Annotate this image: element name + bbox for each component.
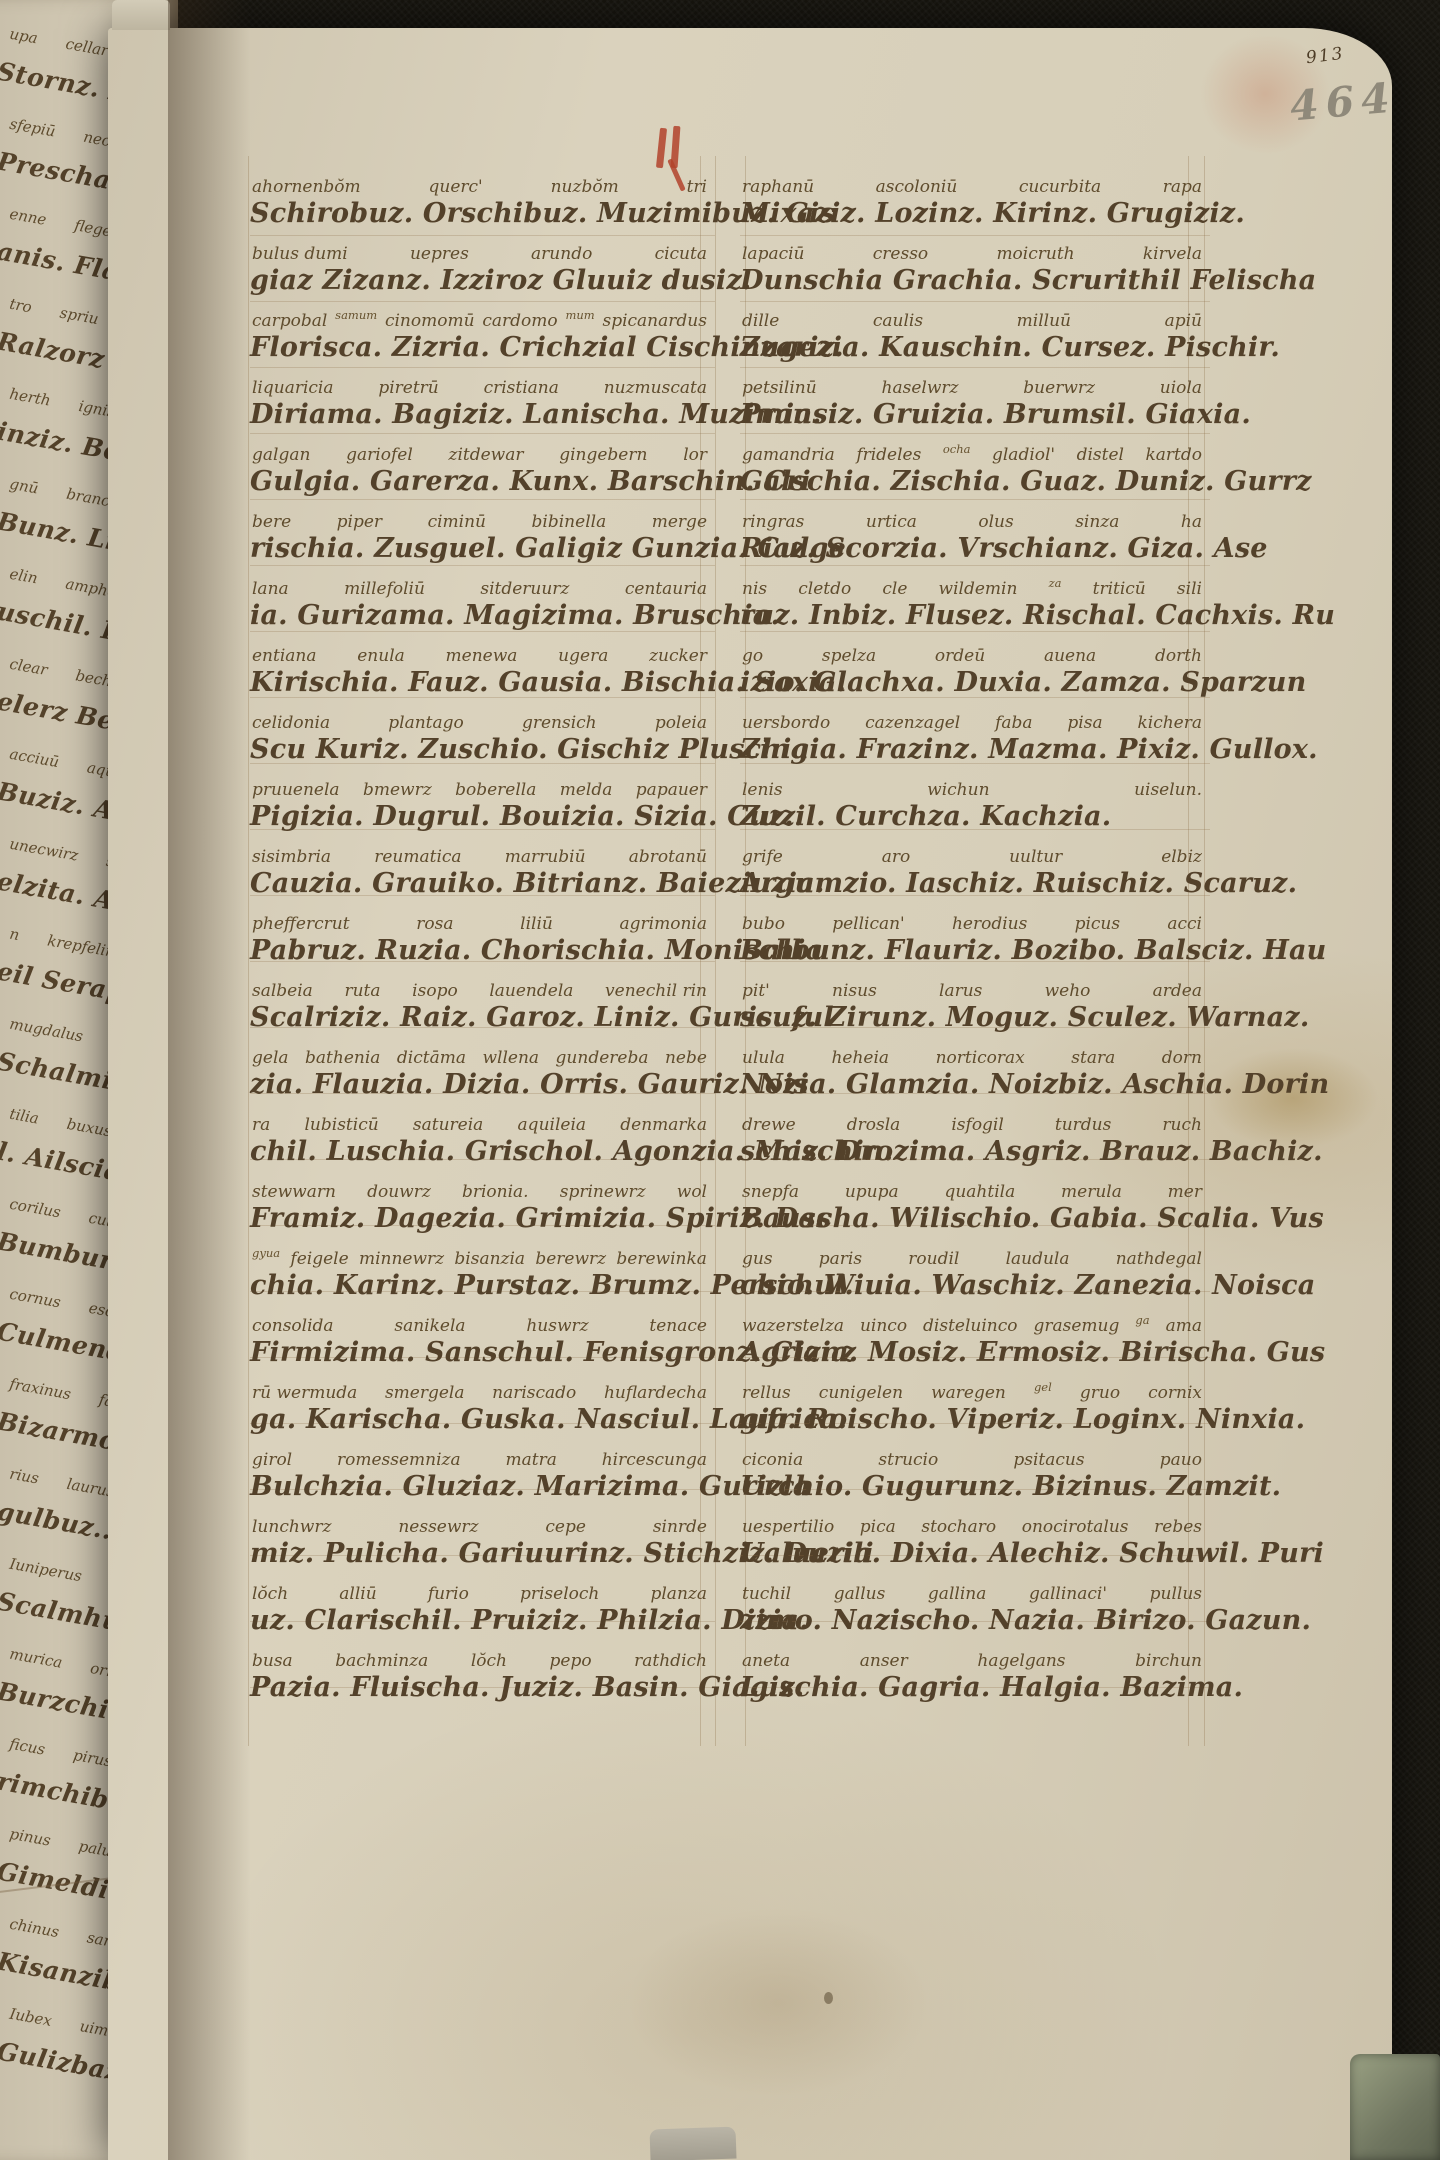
text-line: lapaciūcressomoicruthkirvela (740, 237, 1210, 265)
text-line: bubopellican'herodiuspicusacci (740, 907, 1210, 935)
text-line: ululaheheianorticoraxstaradorn (740, 1041, 1210, 1069)
text-line: ruz. Inbiz. Flusez. Rischal. Cachxis. Ru (740, 600, 1210, 639)
vellum-tab-bottom (649, 2127, 736, 2160)
text-line: lŏchalliūfuriopriselochplanza (250, 1577, 715, 1605)
text-line: Scu Kuriz. Zuschio. Gischiz Pluschia (250, 734, 715, 773)
text-line: drewedroslaisfogilturdusruch (740, 1108, 1210, 1136)
text-line: gospelzaordeūauenadorth (740, 639, 1210, 667)
text-line: Zuzil. Curchza. Kachzia. (740, 801, 1210, 840)
text-line: Scalriziz. Raiz. Garoz. Liniz. Guris. fu… (250, 1002, 715, 1041)
text-line: ga. Karischa. Guska. Nasciul. Laufrica. (250, 1404, 715, 1443)
text-line: giaz Zizanz. Izziroz Gluuiz dusiz. (250, 265, 715, 304)
text-line: gyuafeigeleminnewrzbisanziaberewrzberewi… (250, 1242, 715, 1270)
text-line: Pransiz. Gruizia. Brumsil. Giaxia. (740, 399, 1210, 438)
text-line: chia. Karinz. Purstaz. Brumz. Perschul. (250, 1270, 715, 1309)
manuscript-page: 913 464 ahornenbŏmquerc'nuzbŏmtriSchir… (108, 28, 1392, 2160)
text-line: izio. Glachxa. Duxia. Zamza. Sparzun (740, 667, 1210, 706)
text-line: chio. Wiuia. Waschiz. Zanezia. Noisca (740, 1270, 1210, 1309)
text-line: pruuenelabmewrzboberellameldapapauer (250, 773, 715, 801)
text-line: ciconiastruciopsitacuspauo (740, 1443, 1210, 1471)
text-line: zia. Flauzia. Dizia. Orris. Gauriz. Nis (250, 1069, 715, 1108)
text-line: gamandriafridelesochagladiol'distelkartd… (740, 438, 1210, 466)
text-line: miz. Pulicha. Gariuurinz. Stichziz. Duzi… (250, 1538, 715, 1577)
text-line: celidoniaplantagogrensichpoleia (250, 706, 715, 734)
text-line: berepiperciminūbibinellamerge (250, 505, 715, 533)
text-line: galgangariofelzitdewargingebernlor (250, 438, 715, 466)
text-line: Zugezia. Kauschin. Cursez. Pischir. (740, 332, 1210, 371)
text-line: bulus dumiuepresarundocicuta (250, 237, 715, 265)
text-line: uespertiliopicastocharoonocirotalusrebes (740, 1510, 1210, 1538)
text-line: Pazia. Fluischa. Juziz. Basin. Giagiz. (250, 1672, 715, 1711)
text-line: Ualueria. Dixia. Alechiz. Schuwil. Puri (740, 1538, 1210, 1577)
text-line: rū wermudasmergelanariscadohuflardecha (250, 1376, 715, 1404)
text-line: lunchwrznessewrzcepesinrde (250, 1510, 715, 1538)
text-line: ia. Gurizama. Magizima. Bruschia. (250, 600, 715, 639)
text-line: zimo. Nazischo. Nazia. Birizo. Gazun. (740, 1605, 1210, 1644)
text-line: Schirobuz. Orschibuz. Muzimibuz. Gis (250, 198, 715, 237)
text-line: pit'nisuslaruswehoardea (740, 974, 1210, 1002)
text-line: wazerstelzauincodisteluincograsemuggaama (740, 1309, 1210, 1337)
folio-number-pencil: 464 (1288, 73, 1398, 130)
text-line: raphanūascoloniūcucurbitarapa (740, 170, 1210, 198)
text-line: Dunschia Grachia. Scrurithil Felischa (740, 265, 1210, 304)
text-line: relluscunigelenwaregengelgruocornix (740, 1376, 1210, 1404)
text-line: ringrasurticaolussinzaha (740, 505, 1210, 533)
text-line: niscletdoclewildeminzatriticūsili (740, 572, 1210, 600)
vellum-tab-top (112, 0, 170, 30)
library-foliation-ink: 913 (1305, 44, 1346, 69)
text-line: Cauzia. Grauiko. Bitrianz. Baieziuzia. (250, 868, 715, 907)
text-line: Nozia. Glamzia. Noizbiz. Aschia. Dorin (740, 1069, 1210, 1108)
text-line: rischia. Zusguel. Galigiz Gunzia. Culge (250, 533, 715, 572)
text-line: carpobalsamumcinomomūcardomomumspicanar… (250, 304, 715, 332)
text-line: Gulgia. Garerza. Kunx. Barschin. Cri (250, 466, 715, 505)
text-line: Pigizia. Dugrul. Bouizia. Sizia. Cuz.. (250, 801, 715, 840)
text-line: lanamillefoliūsitderuurzcentauria (250, 572, 715, 600)
text-line: leniswichunuiselun. (740, 773, 1210, 801)
text-line: Agrizia. Mosiz. Ermosiz. Birischa. Gus (740, 1337, 1210, 1376)
text-line: Zingia. Frazinz. Mazma. Pixiz. Gullox. (740, 734, 1210, 773)
ink-dot (824, 1992, 833, 2004)
text-line: busabachminzalŏchpeporathdich (250, 1644, 715, 1672)
text-line: grifearouulturelbiz (740, 840, 1210, 868)
text-line: gusparisroudillaudulanathdegal (740, 1242, 1210, 1270)
text-line: liquariciapiretrūcristiananuzmuscata (250, 371, 715, 399)
text-line: Firmizima. Sanschul. Fenisgronz. Clanz (250, 1337, 715, 1376)
text-column-left: ahornenbŏmquerc'nuzbŏmtriSchirobuz. Or… (250, 170, 715, 1711)
text-line: petsilinūhaselwrzbuerwrzuiola (740, 371, 1210, 399)
text-line: ralubisticūsatureiaaquileiadenmarka (250, 1108, 715, 1136)
text-line: Mixaziz. Lozinz. Kirinz. Grugiziz. (740, 198, 1210, 237)
text-line: salbeiarutaisopolauendelavenechil rin (250, 974, 715, 1002)
text-line: anetaanserhagelgansbirchun (740, 1644, 1210, 1672)
text-line: Pabruz. Ruzia. Chorischia. Monischia (250, 935, 715, 974)
text-line: girolromessemnizamatrahircescunga (250, 1443, 715, 1471)
text-line: consolidasanikelahuswrztenace (250, 1309, 715, 1337)
text-column-right: raphanūascoloniūcucurbitarapaMixaziz. … (740, 170, 1210, 1711)
binding-clasp (1350, 2054, 1440, 2160)
text-line: Kirischia. Fauz. Gausia. Bischia. Saxia. (250, 667, 715, 706)
text-line: Riaz. Scorzia. Vrschianz. Giza. Ase (740, 533, 1210, 572)
text-line: uersbordocazenzagelfabapisakichera (740, 706, 1210, 734)
text-line: Florisca. Zizria. Crichzial Cischinzariz… (250, 332, 715, 371)
text-line: scuz. Zirunz. Moguz. Sculez. Warnaz. (740, 1002, 1210, 1041)
text-line: Balbunz. Flauriz. Bozibo. Balsciz. Hau (740, 935, 1210, 974)
text-line: tuchilgallusgallinagallinaci'pullus (740, 1577, 1210, 1605)
text-line: entianaenulamenewaugerazucker (250, 639, 715, 667)
text-line: ahornenbŏmquerc'nuzbŏmtri (250, 170, 715, 198)
text-line: chil. Luschia. Grischol. Agonzia. Maschi… (250, 1136, 715, 1175)
text-line: Framiz. Dagezia. Grimizia. Spiriz. Das (250, 1203, 715, 1242)
text-line: sisimbriareumaticamarrubiūabrotanū (250, 840, 715, 868)
text-line: Galschia. Zischia. Guaz. Duniz. Gurrz (740, 466, 1210, 505)
ruling-line-vertical (248, 156, 249, 1746)
text-line: Diriama. Bagiziz. Lanischa. Muzimia. (250, 399, 715, 438)
text-line: Urchio. Gugurunz. Bizinus. Zamzit. (740, 1471, 1210, 1510)
text-line: Argumzio. Iaschiz. Ruischiz. Scaruz. (740, 868, 1210, 907)
text-line: gelabatheniadictāmawllenagunderebanebe (250, 1041, 715, 1069)
text-line: pheffercrutrosaliliūagrimonia (250, 907, 715, 935)
text-line: gia. Roischo. Viperiz. Loginx. Ninxia. (740, 1404, 1210, 1443)
text-line: snepfaupupaquahtilamerulamer (740, 1175, 1210, 1203)
text-line: Bauscha. Wilischio. Gabia. Scalia. Vus (740, 1203, 1210, 1242)
text-line: Luschia. Gagria. Halgia. Bazima. (740, 1672, 1210, 1711)
text-line: schiz. Drozima. Asgriz. Brauz. Bachiz. (740, 1136, 1210, 1175)
text-line: Bulchzia. Gluziaz. Marizima. Gurizla (250, 1471, 715, 1510)
text-line: dillecaulismilluūapiū (740, 304, 1210, 332)
parchment-stain (628, 1908, 928, 2098)
text-line: uz. Clarischil. Pruiziz. Philzia. Dizia. (250, 1605, 715, 1644)
text-line: stewwarndouwrzbrionia.sprinewrzwol (250, 1175, 715, 1203)
